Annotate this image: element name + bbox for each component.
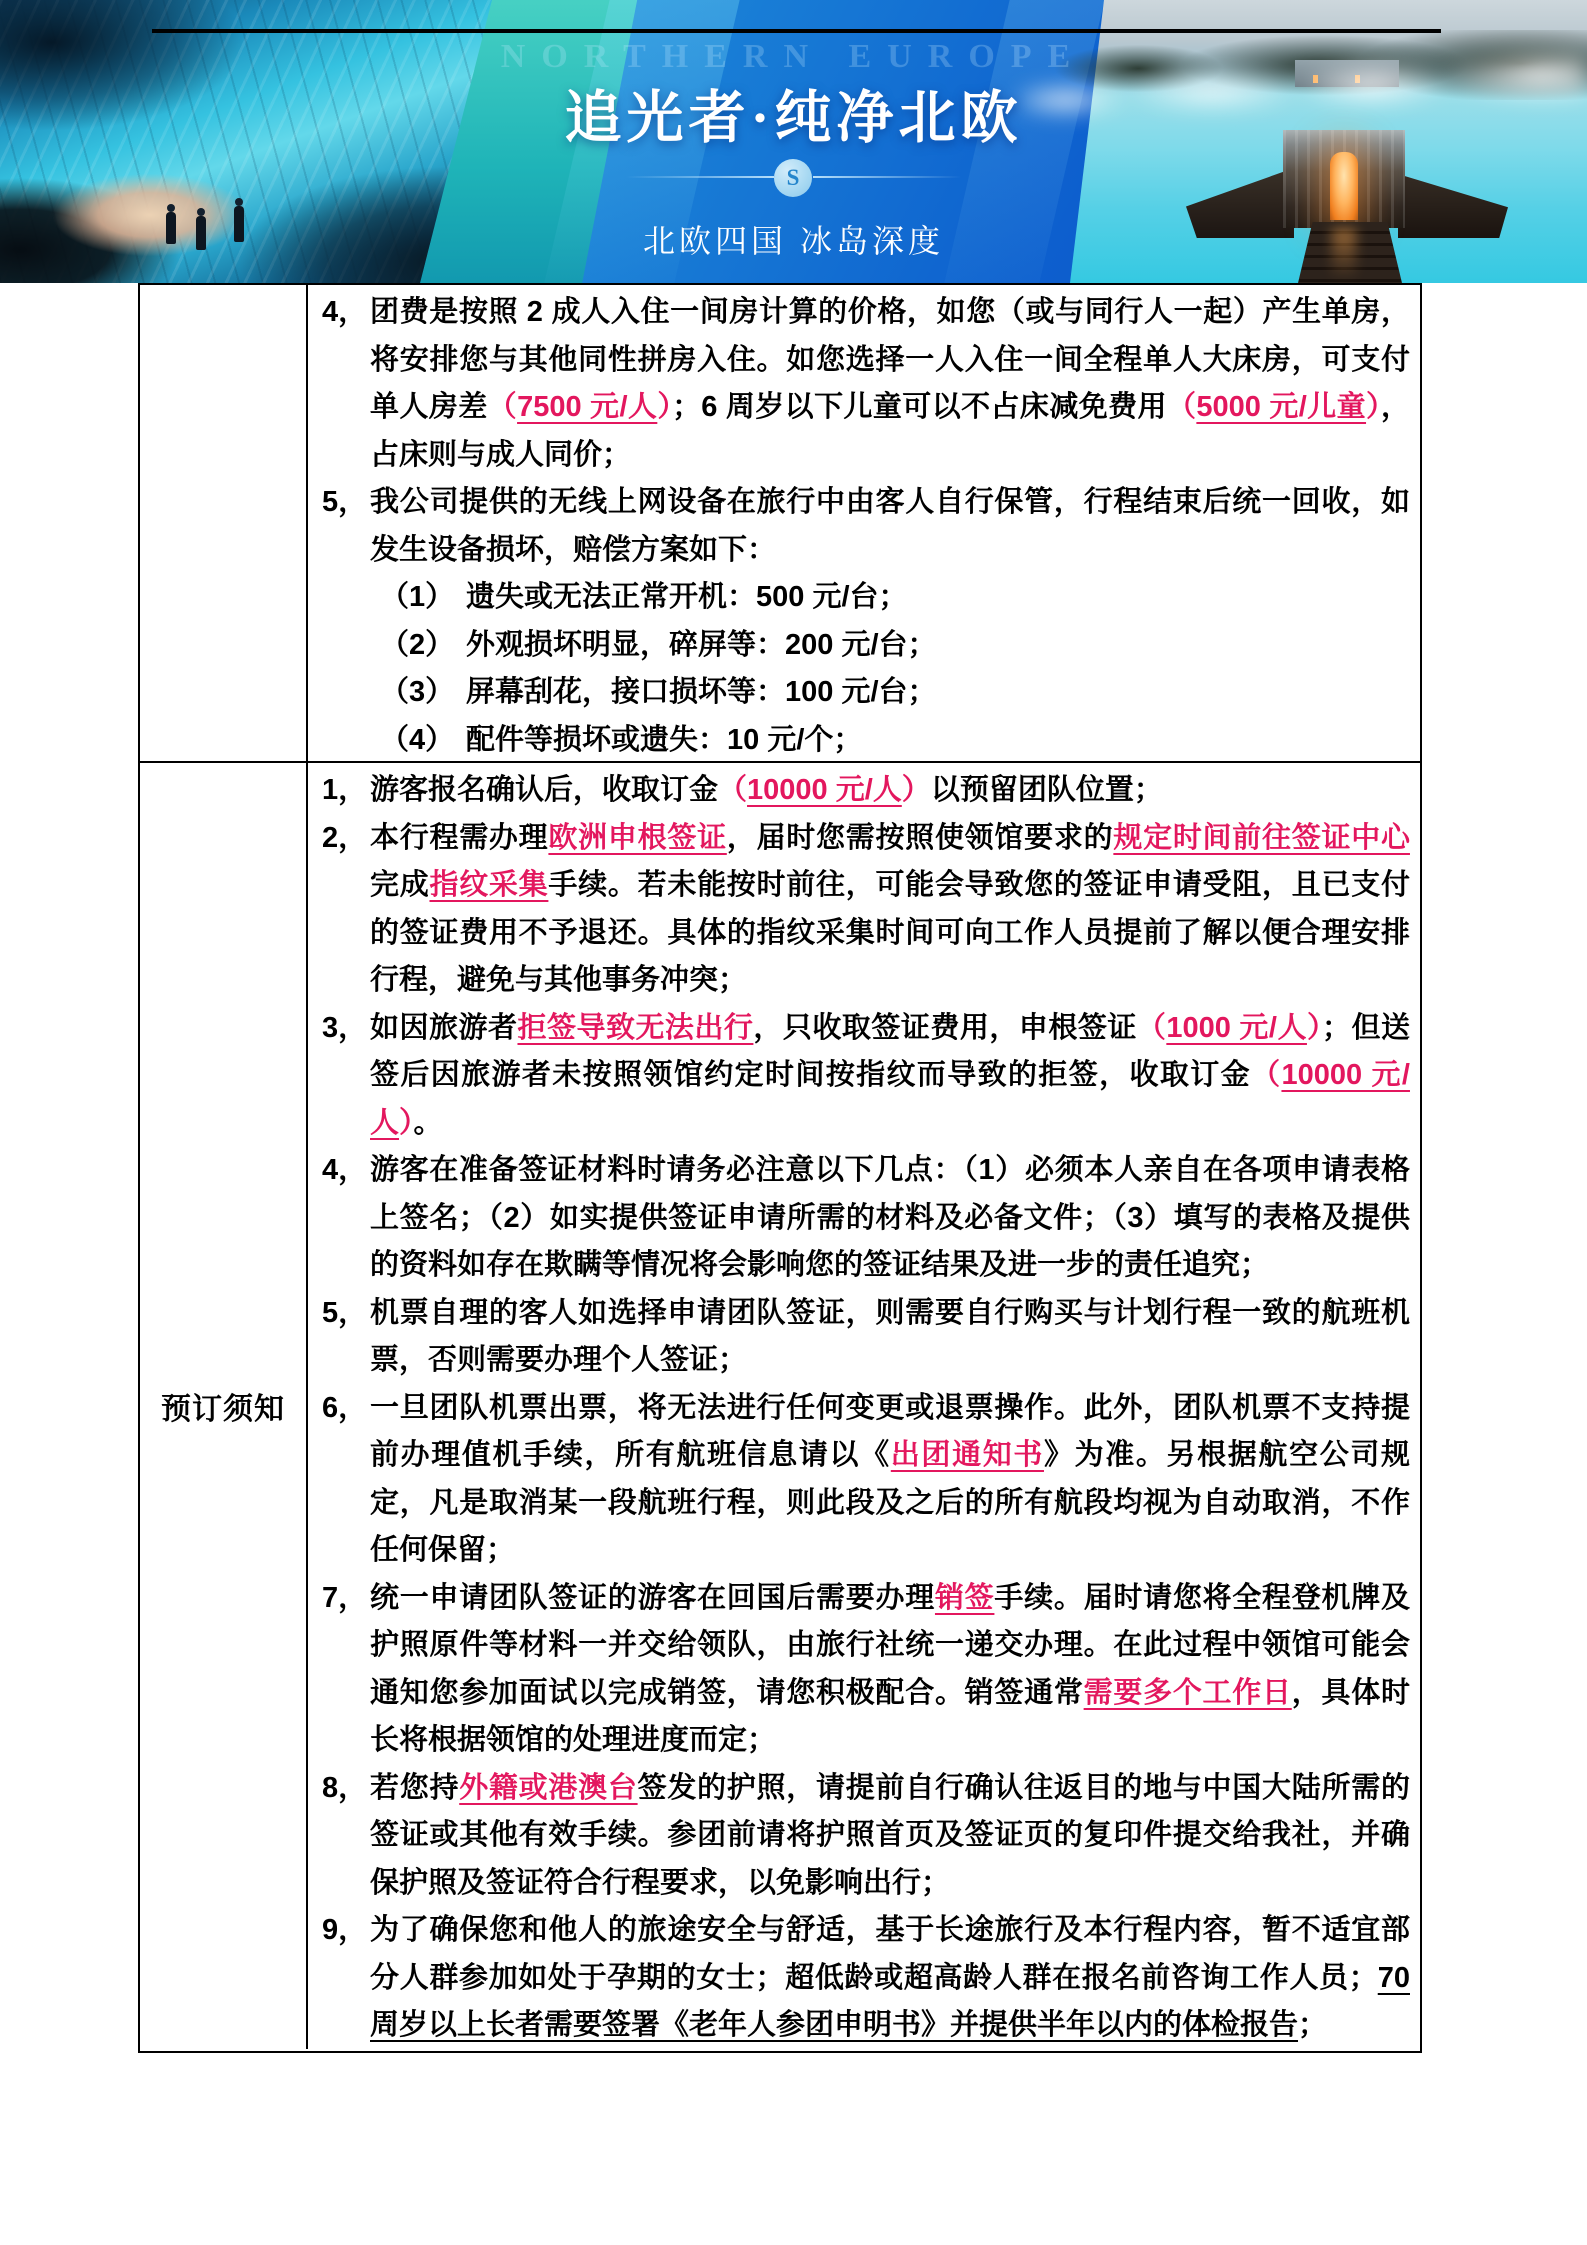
brand-logo-row: S: [0, 158, 1587, 198]
item-text-highlight: 1000 元/人: [1166, 1012, 1307, 1044]
notice-item: （1）遗失或无法正常开机：500 元/台；: [308, 574, 1410, 622]
notice-item: （2）外观损坏明显，碎屏等：200 元/台；: [308, 622, 1410, 670]
item-number: 8，: [322, 1765, 367, 1813]
table-row: 4，团费是按照 2 成人入住一间房计算的价格，如您（或与同行人一起）产生单房，将…: [140, 285, 1420, 761]
notice-item: 4，团费是按照 2 成人入住一间房计算的价格，如您（或与同行人一起）产生单房，将…: [308, 289, 1410, 479]
item-text-highlight: 外籍或港澳台: [459, 1772, 637, 1804]
notice-item: 1，游客报名确认后，收取订金（10000 元/人）以预留团队位置；: [308, 767, 1410, 815]
item-text-highlight: 出团通知书: [891, 1439, 1044, 1471]
item-text: 遗失或无法正常开机：500 元/台；: [466, 581, 908, 613]
item-text: 机票自理的客人如选择申请团队签证，则需要自行购买与计划行程一致的航班机票，否则需…: [370, 1297, 1410, 1377]
item-text-highlight: ）: [399, 1107, 414, 1139]
item-text-highlight: 5000 元/儿童: [1196, 391, 1366, 423]
banner-background-text: NORTHERN EUROPE: [0, 38, 1587, 76]
item-text: 屏幕刮花，接口损坏等：100 元/台；: [466, 676, 937, 708]
item-number: 4，: [322, 1147, 367, 1195]
item-number: 7，: [322, 1575, 367, 1623]
item-text-highlight: 7500 元/人: [517, 391, 657, 423]
notice-item: 5，我公司提供的无线上网设备在旅行中由客人自行保管，行程结束后统一回收，如发生设…: [308, 479, 1410, 574]
item-text: 我公司提供的无线上网设备在旅行中由客人自行保管，行程结束后统一回收，如发生设备损…: [370, 486, 1410, 566]
row-content: 4，团费是按照 2 成人入住一间房计算的价格，如您（或与同行人一起）产生单房，将…: [308, 285, 1420, 761]
item-number: （2）: [380, 622, 454, 670]
row-label: [140, 285, 308, 761]
item-text: 配件等损坏或遗失：10 元/个；: [466, 724, 862, 756]
header-banner: NORTHERN EUROPE 追光者·纯净北欧 S 北欧四国 冰岛深度: [0, 0, 1587, 283]
item-text-highlight: ）: [1307, 1012, 1322, 1044]
item-text: ；: [1298, 2009, 1327, 2041]
item-text-highlight: （: [488, 391, 517, 423]
item-text-highlight: 规定时间前往签证中心: [1113, 822, 1410, 854]
item-number: 9，: [322, 1907, 367, 1955]
notice-item: 6，一旦团队机票出票，将无法进行任何变更或退票操作。此外，团队机票不支持提前办理…: [308, 1385, 1410, 1575]
row-content: 1，游客报名确认后，收取订金（10000 元/人）以预留团队位置；2，本行程需办…: [308, 763, 1420, 2049]
item-number: 5，: [322, 479, 367, 527]
item-text: 以预留团队位置；: [931, 774, 1163, 806]
logo-divider-right: [813, 176, 961, 178]
item-text: 如因旅游者: [370, 1012, 517, 1044]
table-row: 预订须知1，游客报名确认后，收取订金（10000 元/人）以预留团队位置；2，本…: [140, 761, 1420, 2049]
item-text-highlight: ）: [1366, 391, 1381, 423]
item-number: 6，: [322, 1385, 367, 1433]
brand-logo-icon: S: [774, 159, 812, 197]
item-text-highlight: ）: [657, 391, 672, 423]
item-text-highlight: 需要多个工作日: [1084, 1677, 1292, 1709]
notice-item: 8，若您持外籍或港澳台签发的护照，请提前自行确认往返目的地与中国大陆所需的签证或…: [308, 1765, 1410, 1908]
item-number: （3）: [380, 669, 454, 717]
item-text: 统一申请团队签证的游客在回国后需要办理: [370, 1582, 935, 1614]
item-text: 游客报名确认后，收取订金: [370, 774, 718, 806]
item-text-highlight: ）: [902, 774, 931, 806]
item-text-highlight: 指纹采集: [429, 869, 548, 901]
item-text: ；6 周岁以下儿童可以不占床减免费用: [672, 391, 1167, 423]
item-text: 。: [414, 1107, 443, 1139]
item-text-highlight: 欧洲申根签证: [548, 822, 726, 854]
travel-document-page: NORTHERN EUROPE 追光者·纯净北欧 S 北欧四国 冰岛深度 4，团…: [0, 0, 1587, 2245]
item-number: 1，: [322, 767, 367, 815]
notice-item: 2，本行程需办理欧洲申根签证，届时您需按照使领馆要求的规定时间前往签证中心完成指…: [308, 815, 1410, 1005]
item-number: 3，: [322, 1005, 367, 1053]
notice-item: 4，游客在准备签证材料时请务必注意以下几点：（1）必须本人亲自在各项申请表格上签…: [308, 1147, 1410, 1290]
banner-subtitle: 北欧四国 冰岛深度: [0, 216, 1587, 262]
notice-item: 7，统一申请团队签证的游客在回国后需要办理销签手续。届时请您将全程登机牌及护照原…: [308, 1575, 1410, 1765]
header-rule-line: [152, 29, 1441, 33]
item-text: 游客在准备签证材料时请务必注意以下几点：（1）必须本人亲自在各项申请表格上签名；…: [370, 1154, 1410, 1281]
item-number: （1）: [380, 574, 454, 622]
banner-title: 追光者·纯净北欧: [0, 72, 1587, 154]
row-label: 预订须知: [140, 763, 308, 2049]
item-number: 5，: [322, 1290, 367, 1338]
item-number: 2，: [322, 815, 367, 863]
item-text: ，只收取签证费用，申根签证: [753, 1012, 1136, 1044]
item-number: 4，: [322, 289, 367, 337]
notice-item: （3）屏幕刮花，接口损坏等：100 元/台；: [308, 669, 1410, 717]
item-text: 外观损坏明显，碎屏等：200 元/台；: [466, 629, 937, 661]
item-text-highlight: （: [1167, 391, 1196, 423]
notice-table: 4，团费是按照 2 成人入住一间房计算的价格，如您（或与同行人一起）产生单房，将…: [138, 283, 1422, 2053]
notice-item: 5，机票自理的客人如选择申请团队签证，则需要自行购买与计划行程一致的航班机票，否…: [308, 1290, 1410, 1385]
item-text: 本行程需办理: [370, 822, 548, 854]
item-text-highlight: 10000 元/人: [747, 774, 902, 806]
notice-item: （4）配件等损坏或遗失：10 元/个；: [308, 717, 1410, 762]
item-text: ，届时您需按照使领馆要求的: [727, 822, 1114, 854]
item-text-highlight: （: [1251, 1059, 1281, 1091]
item-text-highlight: （: [1137, 1012, 1167, 1044]
logo-divider-left: [626, 176, 774, 178]
item-text: 完成: [370, 869, 429, 901]
item-text: 为了确保您和他人的旅途安全与舒适，基于长途旅行及本行程内容，暂不适宜部分人群参加…: [370, 1914, 1410, 1994]
item-text-highlight: （: [718, 774, 747, 806]
notice-item: 3，如因旅游者拒签导致无法出行，只收取签证费用，申根签证（1000 元/人）；但…: [308, 1005, 1410, 1148]
item-number: （4）: [380, 717, 454, 762]
item-text-highlight: 销签: [935, 1582, 994, 1614]
item-text-highlight: 拒签导致无法出行: [517, 1012, 753, 1044]
notice-item: 9，为了确保您和他人的旅途安全与舒适，基于长途旅行及本行程内容，暂不适宜部分人群…: [308, 1907, 1410, 2049]
item-text: 若您持: [370, 1772, 459, 1804]
